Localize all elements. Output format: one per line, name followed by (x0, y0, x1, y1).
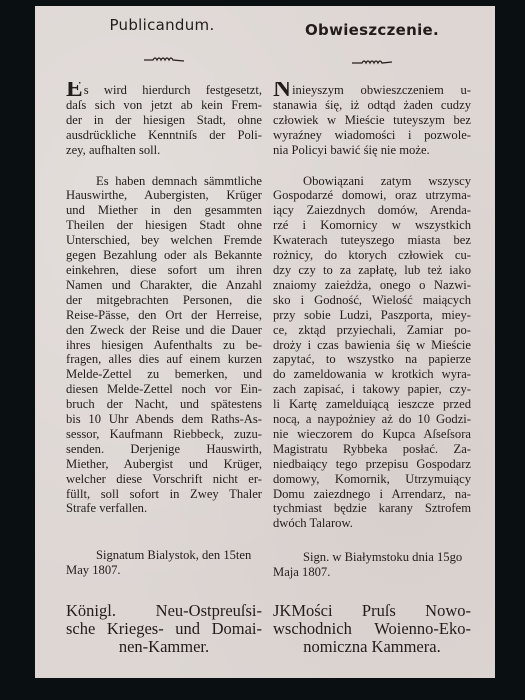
paragraph-gap (66, 158, 262, 174)
text-line: diesen Melde-Zettel noch vor Ein- (66, 382, 262, 397)
signature-line: Sign. w Białymstoku dnia 15go (273, 550, 471, 565)
text-line: welcher diese Vorschrift nicht er- (66, 472, 262, 487)
text-line: droży i czas bawienia śię w Mieście (273, 338, 471, 353)
german-heading: Publicandum. (64, 16, 260, 34)
text-line: und Miether in den gesammten (66, 203, 262, 218)
german-authority: Königl. Neu-Ostpreuſsi- sche Krieges- un… (66, 602, 262, 656)
text-line: Es haben demnach sämmtliche (66, 174, 262, 189)
authority-line: JKMości Pruſs Nowo- (273, 602, 471, 620)
polish-authority: JKMości Pruſs Nowo- wschodnich Woienno-E… (273, 602, 471, 656)
text-line: wyraźney wiadomości i pozwole- (273, 128, 471, 143)
text-line: fragen, alles dies auf einem kurzen (66, 352, 262, 367)
text-line: Namen und Charakter, die Anzahl (66, 278, 262, 293)
polish-heading: Obwieszczenie. (273, 21, 471, 39)
text-line: bis 10 Uhr Abends dem Raths-As- (66, 412, 262, 427)
authority-line: nen-Kammer. (66, 638, 262, 656)
text-line: Unterschied, bey welchen Fremde (66, 233, 262, 248)
german-paragraph-1: Es wird hierdurch festgesetzt, daſs sich… (66, 82, 262, 158)
text-line: Reise-Pässe, den Ort der Herreise, (66, 308, 262, 323)
text-line: tychmiast będzie karany Sztrofem (273, 501, 471, 516)
proclamation-page: Publicandum. Es wird hierdurch festgeset… (35, 6, 495, 678)
text-line: Obowiązani zatym wszyscy (273, 174, 471, 189)
text-line: Strafe verfallen. (66, 501, 262, 516)
text-line: Melde-Zettel zu bemerken, und (66, 367, 262, 382)
text-line: füllt, soll sofort in Zwey Thaler (66, 487, 262, 502)
polish-signature: Sign. w Białymstoku dnia 15go Maja 1807. (273, 550, 471, 580)
text-line: Miether, Aubergist und Krüger, (66, 457, 262, 472)
polish-body: Ninieyszym obwieszczeniem u- stanawia śi… (273, 82, 471, 531)
text-line: do zameldowania w krotkich wyra- (273, 367, 471, 382)
text-line: Magistratu Rybbeka posłać. Za- (273, 442, 471, 457)
authority-line: Königl. Neu-Ostpreuſsi- (66, 602, 262, 620)
text-line: li Kartę zamelduiącą ieszcze przed (273, 397, 471, 412)
signature-line: May 1807. (66, 563, 262, 578)
text-line: der in der hiesigen Stadt, ohne (66, 113, 262, 128)
text-line: daſs sich von jetzt ab kein Frem- (66, 98, 262, 113)
text-line: znaiomy zaieżdża, onego o Nazwi- (273, 278, 471, 293)
text-line: nocą, a naypożniey aż do 10 Godzi- (273, 412, 471, 427)
text-line: einkehren, diese sofort um ihren (66, 263, 262, 278)
authority-line: nomiczna Kammera. (273, 638, 471, 656)
text-line: senden. Derjenige Hauswirth, (66, 442, 262, 457)
text-line: ihres hiesigen Aufenthalts zu be- (66, 338, 262, 353)
text-line: Domu zaiezdnego i Arrendarz, na- (273, 487, 471, 502)
text-line: nia Policyi bawić śię nie może. (273, 143, 471, 158)
text-fragment: s wird hierdurch festgesetzt, (84, 83, 262, 97)
authority-line: wschodnich Woienno-Eko- (273, 620, 471, 638)
text-line: Kwaterach tuteyszego miasta bez (273, 233, 471, 248)
text-line: dwóch Talarow. (273, 516, 471, 531)
authority-line: sche Krieges- und Domai- (66, 620, 262, 638)
signature-line: Maja 1807. (273, 565, 471, 580)
text-line: nie wieczorem do Kupca Aſseſsora (273, 427, 471, 442)
text-line: iący Zaiezdnych domów, Arenda- (273, 203, 471, 218)
text-line: bruch der Nacht, und spätestens (66, 397, 262, 412)
text-line: Theilen der hiesigen Stadt ohne (66, 218, 262, 233)
text-line: gegen Bezahlung oder als Bekannte (66, 248, 262, 263)
text-line: stanawia śię, iż odtąd żaden cudzy (273, 98, 471, 113)
german-signature: Signatum Bialystok, den 15ten May 1807. (66, 548, 262, 578)
text-line: zapytać, to wszystko na papierze (273, 352, 471, 367)
german-body: Es wird hierdurch festgesetzt, daſs sich… (66, 82, 262, 516)
text-line: domowy, Komornik, Utrzymuiący (273, 472, 471, 487)
text-line: przy sobie Ludzi, Paszporta, miey- (273, 308, 471, 323)
text-line: den Zweck der Reise und die Dauer (66, 323, 262, 338)
text-line: człowiek w Mieście tuteyszym bez (273, 113, 471, 128)
text-line: der mitgebrachten Personen, die (66, 293, 262, 308)
paragraph-gap (273, 158, 471, 174)
text-line: rożnicy, do ktorych człowiek cu- (273, 248, 471, 263)
text-line: Es wird hierdurch festgesetzt, (66, 82, 262, 98)
german-paragraph-2: Es haben demnach sämmtliche Hauswirthe, … (66, 174, 262, 517)
ornament-divider-icon (143, 55, 185, 63)
ornament-divider-icon (351, 58, 393, 66)
text-line: rzé i Komornicy w wszystkich (273, 218, 471, 233)
text-fragment: inieyszym obwieszczeniem u- (292, 83, 471, 97)
signature-line: Signatum Bialystok, den 15ten (66, 548, 262, 563)
polish-paragraph-1: Ninieyszym obwieszczeniem u- stanawia śi… (273, 82, 471, 158)
text-line: Ninieyszym obwieszczeniem u- (273, 82, 471, 98)
text-line: sko i Godność, Wielość maiących (273, 293, 471, 308)
polish-paragraph-2: Obowiązani zatym wszyscy Gospodarzé domo… (273, 174, 471, 532)
text-line: zey, aufhalten soll. (66, 143, 262, 158)
text-line: ausdrückliche Kenntniſs der Poli- (66, 128, 262, 143)
text-line: dzy czy to za zapłatę, lub też iako (273, 263, 471, 278)
text-line: ce, zktąd przyiechali, Zamiar po- (273, 323, 471, 338)
text-line: sessor, Kaufmann Riebbeck, zuzu- (66, 427, 262, 442)
text-line: Gospodarzé domowi, oraz utrzyma- (273, 188, 471, 203)
text-line: zach zapisać, i takowy papier, czy- (273, 382, 471, 397)
text-line: niedbaiący tego przepisu Gospodarz (273, 457, 471, 472)
text-line: Hauswirthe, Aubergisten, Krüger (66, 188, 262, 203)
dropcap: E (66, 82, 83, 98)
dropcap: N (273, 82, 291, 98)
